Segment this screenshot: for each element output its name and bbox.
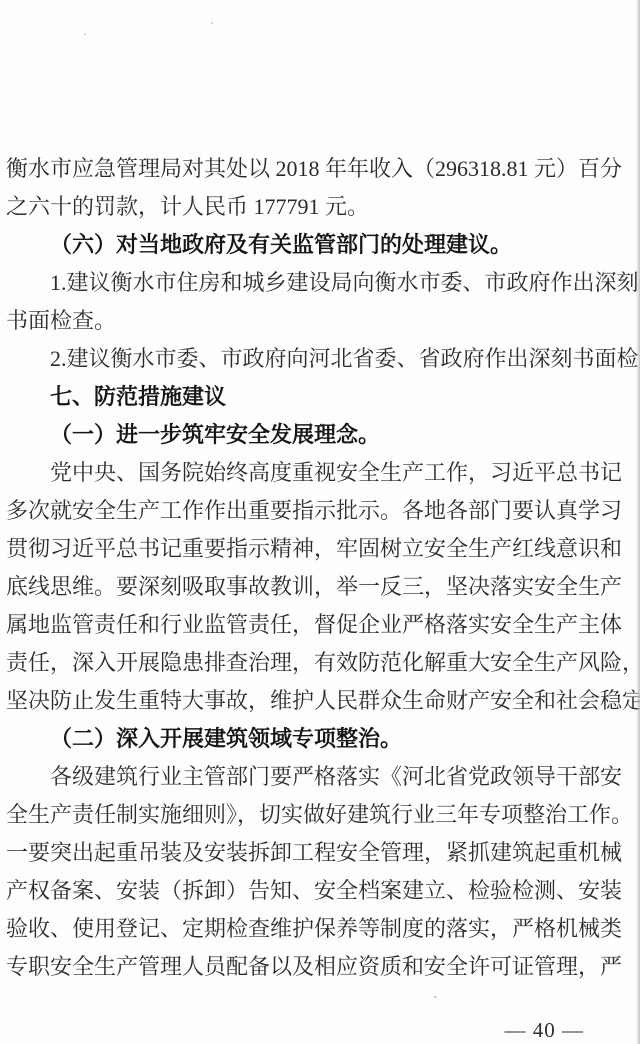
text-line: 各级建筑行业主管部门要严格落实《河北省党政领导干部安 (6, 758, 628, 796)
text-line: 专职安全生产管理人员配备以及相应资质和安全许可证管理，严 (6, 948, 628, 986)
text-line: 产权备案、安装（拆卸）告知、安全档案建立、检验检测、安装 (6, 872, 628, 910)
text-line: 一要突出起重吊装及安装拆卸工程安全管理，紧抓建筑起重机械 (6, 834, 628, 872)
text-line: 底线思维。要深刻吸取事故教训，举一反三，坚决落实安全生产 (6, 568, 628, 606)
scan-edge-shadow (636, 0, 640, 1044)
text-line: 全生产责任制实施细则》，切实做好建筑行业三年专项整治工作。 (6, 796, 628, 834)
document-body: 衡水市应急管理局对其处以 2018 年年收入（296318.81 元）百分之六十… (6, 150, 628, 986)
text-line: 1.建议衡水市住房和城乡建设局向衡水市委、市政府作出深刻 (6, 264, 628, 302)
text-line: 衡水市应急管理局对其处以 2018 年年收入（296318.81 元）百分 (6, 150, 628, 188)
text-line: 贯彻习近平总书记重要指示精神，牢固树立安全生产红线意识和 (6, 530, 628, 568)
scan-speck (434, 996, 437, 998)
heading-line: 七、防范措施建议 (6, 378, 628, 416)
text-line: 2.建议衡水市委、市政府向河北省委、省政府作出深刻书面检查。 (6, 340, 628, 378)
text-line: 多次就安全生产工作作出重要指示批示。各地各部门要认真学习 (6, 492, 628, 530)
text-line: 验收、使用登记、定期检查维护保养等制度的落实，严格机械类 (6, 910, 628, 948)
page-number: — 40 — (505, 1016, 585, 1044)
text-line: 属地监管责任和行业监管责任，督促企业严格落实安全生产主体 (6, 606, 628, 644)
text-line: 坚决防止发生重特大事故，维护人民群众生命财产安全和社会稳定。 (6, 682, 628, 720)
heading-line: （一）进一步筑牢安全发展理念。 (6, 416, 628, 454)
text-line: 党中央、国务院始终高度重视安全生产工作，习近平总书记 (6, 454, 628, 492)
heading-line: （二）深入开展建筑领域专项整治。 (6, 720, 628, 758)
text-line: 书面检查。 (6, 302, 628, 340)
heading-line: （六）对当地政府及有关监管部门的处理建议。 (6, 226, 628, 264)
scan-speck (211, 22, 213, 24)
scan-speck (84, 33, 86, 35)
text-line: 之六十的罚款，计人民币 177791 元。 (6, 188, 628, 226)
scan-speck (141, 917, 143, 919)
document-page: 衡水市应急管理局对其处以 2018 年年收入（296318.81 元）百分之六十… (0, 0, 640, 1044)
text-line: 责任，深入开展隐患排查治理，有效防范化解重大安全生产风险， (6, 644, 628, 682)
